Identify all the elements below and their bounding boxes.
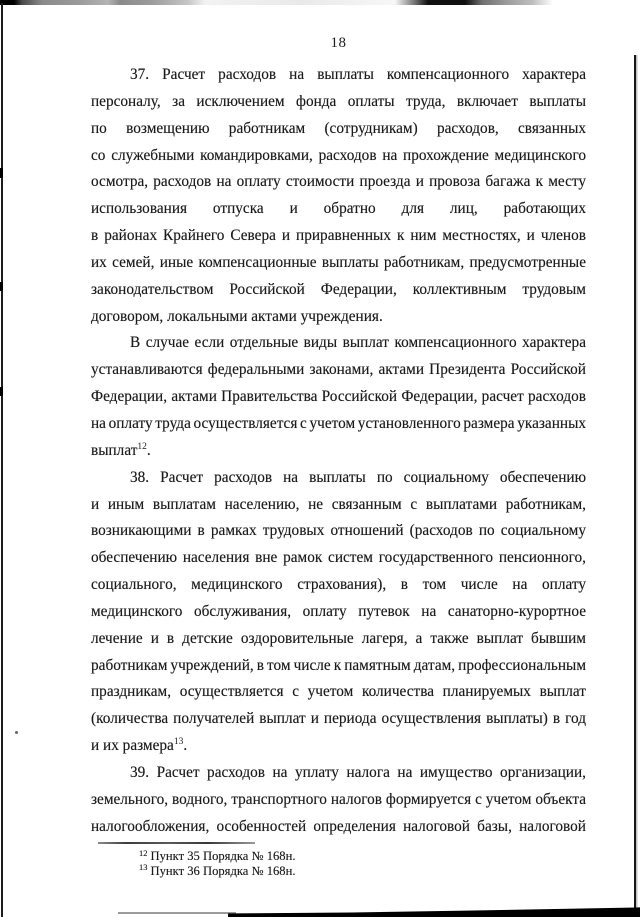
text-line: социального, медицинского страхования), … [91,572,586,599]
text-line: их семей, иные компенсационные выплаты р… [91,250,586,277]
text-line: праздникам, осуществляется с учетом коли… [91,679,586,706]
scan-speck [0,168,3,178]
text-line: использования отпуска и обратно для лиц,… [91,196,586,223]
text-line: 39. Расчет расходов на уплату налога на … [91,760,586,787]
text-line: выплат12. [91,438,586,465]
footnote-ref: 12 [137,442,147,452]
footnote-marker: 12 [139,848,148,858]
document-body: 37. Расчет расходов на выплаты компенсац… [91,62,586,840]
text-line: 38. Расчет расходов на выплаты по социал… [91,465,586,492]
text-line: 37. Расчет расходов на выплаты компенсац… [91,62,586,89]
document-page: 18 37. Расчет расходов на выплаты компен… [0,0,640,917]
text-line: возникающими в рамках трудовых отношений… [91,518,586,545]
text-line: со служебными командировками, расходов н… [91,143,586,170]
text-line: договором, локальными актами учреждения. [91,304,586,331]
scan-speck [0,282,3,291]
text-line: обеспечению населения вне рамок систем г… [91,545,586,572]
text-line: устанавливаются федеральными законами, а… [91,357,586,384]
footnote: 12Пункт 35 Порядка № 168н. [139,849,295,864]
footnote-text: Пункт 35 Порядка № 168н. [151,849,296,863]
text-line: и их размера13. [91,733,586,760]
text-line: медицинского обслуживания, оплату путево… [91,599,586,626]
text-line: в районах Крайнего Севера и приравненных… [91,223,586,250]
page-number: 18 [91,35,586,52]
text-line: по возмещению работникам (сотрудникам) р… [91,116,586,143]
text-line: лечение и в детские оздоровительные лаге… [91,626,586,653]
scan-border-left [1,3,3,917]
text-line: персоналу, за исключением фонда оплаты т… [91,89,586,116]
text-line: осмотра, расходов на оплату стоимости пр… [91,169,586,196]
text-line: Федерации, актами Правительства Российск… [91,384,586,411]
text-line: налогообложения, особенностей определени… [91,814,586,841]
scan-artifact-top-edge [0,0,553,5]
scan-artifact-bottom-edge [118,912,236,914]
scan-border-right [634,55,636,912]
footnote-text: Пункт 36 Порядка № 168н. [151,864,296,878]
scan-speck [0,387,3,396]
text-line: земельного, водного, транспортного налог… [91,787,586,814]
text-line: работникам учреждений, в том числе к пам… [91,653,586,680]
text-line: законодательством Российской Федерации, … [91,277,586,304]
scan-artifact-bottom-edge [228,905,640,917]
footnote-marker: 13 [139,862,148,872]
text-line: В случае если отдельные виды выплат комп… [91,330,586,357]
scan-speck [15,731,18,734]
footnote: 13Пункт 36 Порядка № 168н. [139,864,295,879]
text-line: (количества получателей выплат и периода… [91,706,586,733]
footnote-ref: 13 [174,737,184,747]
footnotes-block: 12Пункт 35 Порядка № 168н. 13Пункт 36 По… [139,849,295,879]
footnote-separator [98,842,255,844]
text-line: на оплату труда осуществляется с учетом … [91,411,586,438]
text-line: и иным выплатам населению, не связанным … [91,492,586,519]
